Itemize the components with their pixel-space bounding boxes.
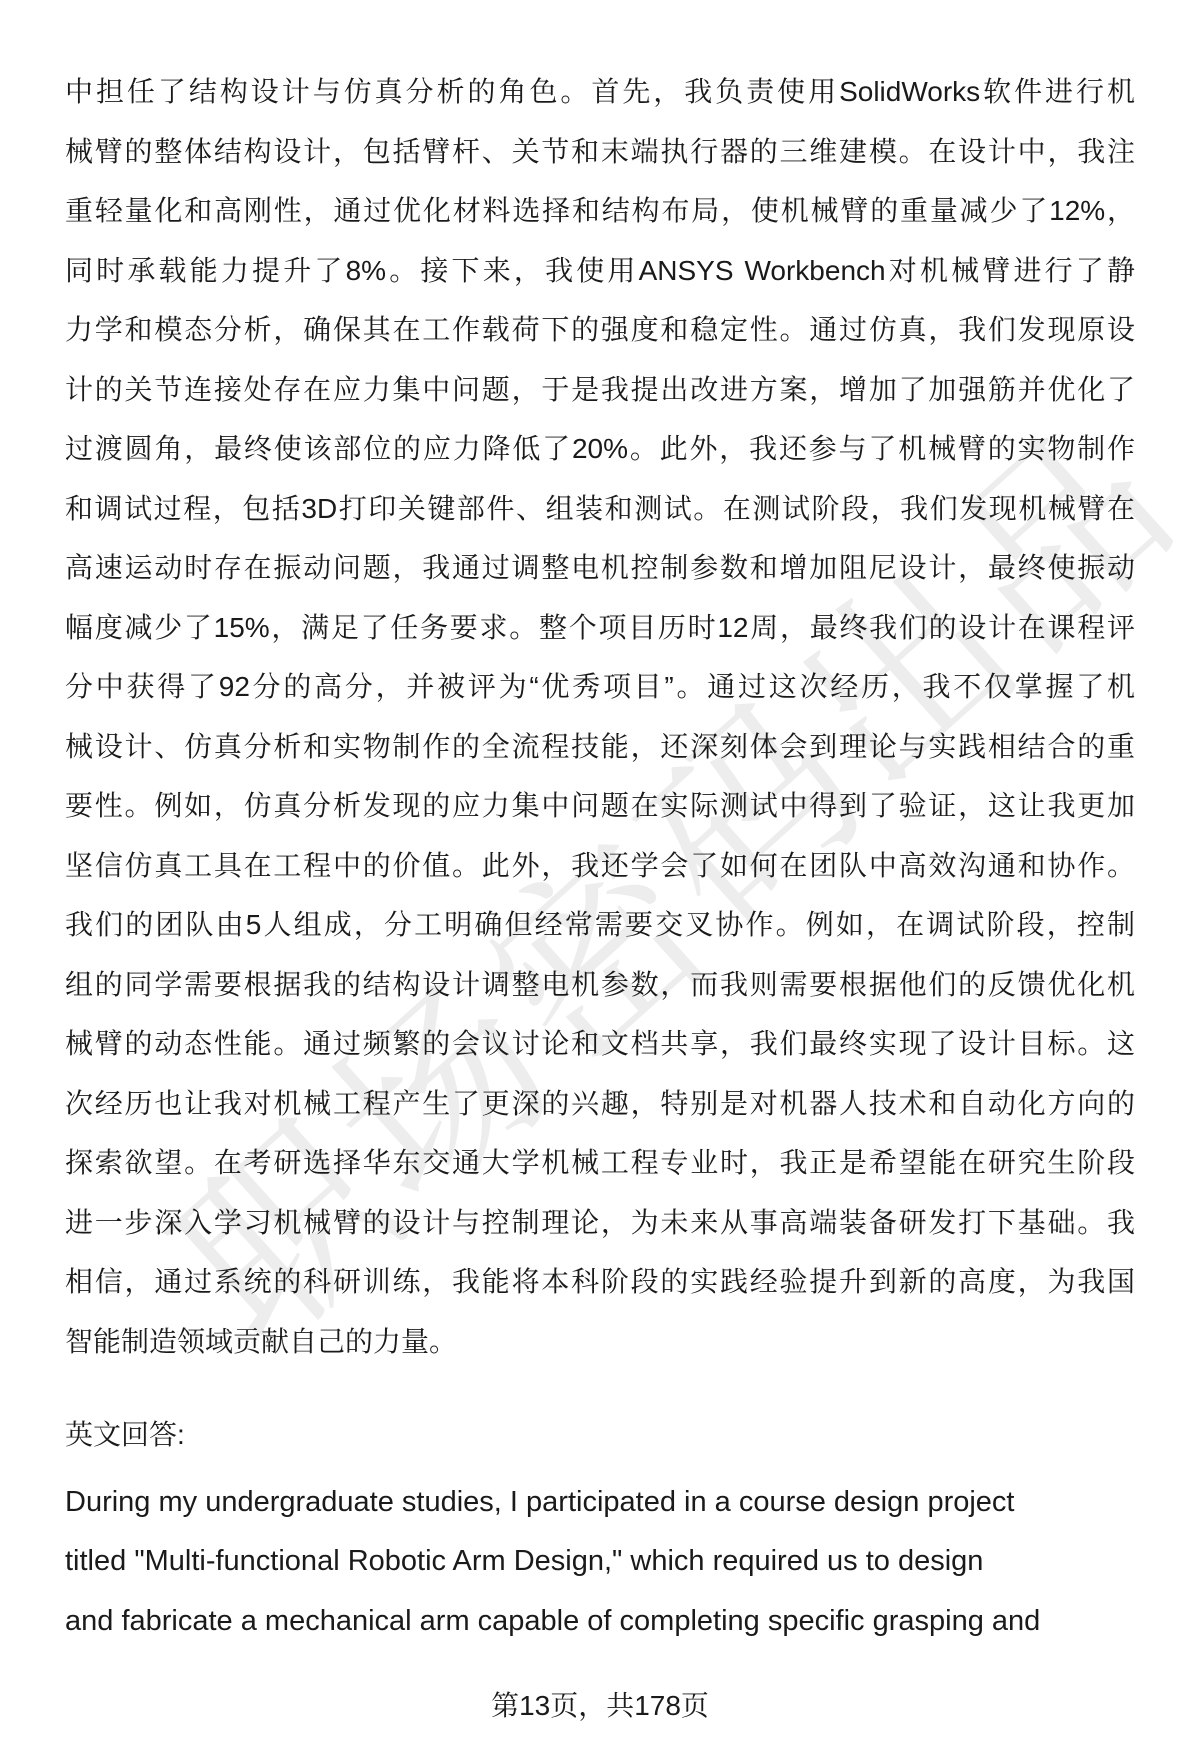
chinese-text-line: 重轻量化和高刚性，通过优化材料选择和结构布局，使机械臂的重量减少了12%， [65,181,1135,241]
chinese-text-line: 次经历也让我对机械工程产生了更深的兴趣，特别是对机器人技术和自动化方向的 [65,1074,1135,1134]
chinese-text-line: 相信，通过系统的科研训练，我能将本科阶段的实践经验提升到新的高度，为我国 [65,1252,1135,1312]
chinese-text-line: 高速运动时存在振动问题，我通过调整电机控制参数和增加阻尼设计，最终使振动 [65,538,1135,598]
english-text-line: titled "Multi-functional Robotic Arm Des… [65,1532,1135,1592]
page-content: 中担任了结构设计与仿真分析的角色。首先，我负责使用SolidWorks软件进行机… [0,0,1200,1726]
chinese-text-line: 械设计、仿真分析和实物制作的全流程技能，还深刻体会到理论与实践相结合的重 [65,717,1135,777]
english-text-line: During my undergraduate studies, I parti… [65,1473,1135,1533]
chinese-text-line: 和调试过程，包括3D打印关键部件、组装和测试。在测试阶段，我们发现机械臂在 [65,479,1135,539]
chinese-text-line: 进一步深入学习机械臂的设计与控制理论，为未来从事高端装备研发打下基础。我 [65,1193,1135,1253]
chinese-text-line: 械臂的动态性能。通过频繁的会议讨论和文档共享，我们最终实现了设计目标。这 [65,1014,1135,1074]
english-text-line: and fabricate a mechanical arm capable o… [65,1592,1135,1652]
chinese-text-line: 幅度减少了15%，满足了任务要求。整个项目历时12周，最终我们的设计在课程评 [65,598,1135,658]
english-answer-label: 英文回答: [65,1405,1135,1465]
chinese-paragraph: 中担任了结构设计与仿真分析的角色。首先，我负责使用SolidWorks软件进行机… [65,62,1135,1371]
english-paragraph: During my undergraduate studies, I parti… [65,1473,1135,1652]
chinese-text-line: 同时承载能力提升了8%。接下来，我使用ANSYS Workbench对机械臂进行… [65,241,1135,301]
chinese-text-line: 要性。例如，仿真分析发现的应力集中问题在实际测试中得到了验证，这让我更加 [65,776,1135,836]
chinese-text-line: 组的同学需要根据我的结构设计调整电机参数，而我则需要根据他们的反馈优化机 [65,955,1135,1015]
chinese-text-line: 械臂的整体结构设计，包括臂杆、关节和末端执行器的三维建模。在设计中，我注 [65,122,1135,182]
chinese-text-line: 探索欲望。在考研选择华东交通大学机械工程专业时，我正是希望能在研究生阶段 [65,1133,1135,1193]
chinese-text-line: 中担任了结构设计与仿真分析的角色。首先，我负责使用SolidWorks软件进行机 [65,62,1135,122]
chinese-text-line: 力学和模态分析，确保其在工作载荷下的强度和稳定性。通过仿真，我们发现原设 [65,300,1135,360]
chinese-text-line: 过渡圆角，最终使该部位的应力降低了20%。此外，我还参与了机械臂的实物制作 [65,419,1135,479]
chinese-text-line: 分中获得了92分的高分，并被评为“优秀项目”。通过这次经历，我不仅掌握了机 [65,657,1135,717]
chinese-text-line: 计的关节连接处存在应力集中问题，于是我提出改进方案，增加了加强筋并优化了 [65,360,1135,420]
page-number-footer: 第13页，共178页 [65,1686,1135,1726]
chinese-text-line: 坚信仿真工具在工程中的价值。此外，我还学会了如何在团队中高效沟通和协作。 [65,836,1135,896]
chinese-text-line: 智能制造领域贡献自己的力量。 [65,1312,1135,1372]
chinese-text-line: 我们的团队由5人组成，分工明确但经常需要交叉协作。例如，在调试阶段，控制 [65,895,1135,955]
document-page: 职场密码出品 中担任了结构设计与仿真分析的角色。首先，我负责使用SolidWor… [0,0,1200,1755]
